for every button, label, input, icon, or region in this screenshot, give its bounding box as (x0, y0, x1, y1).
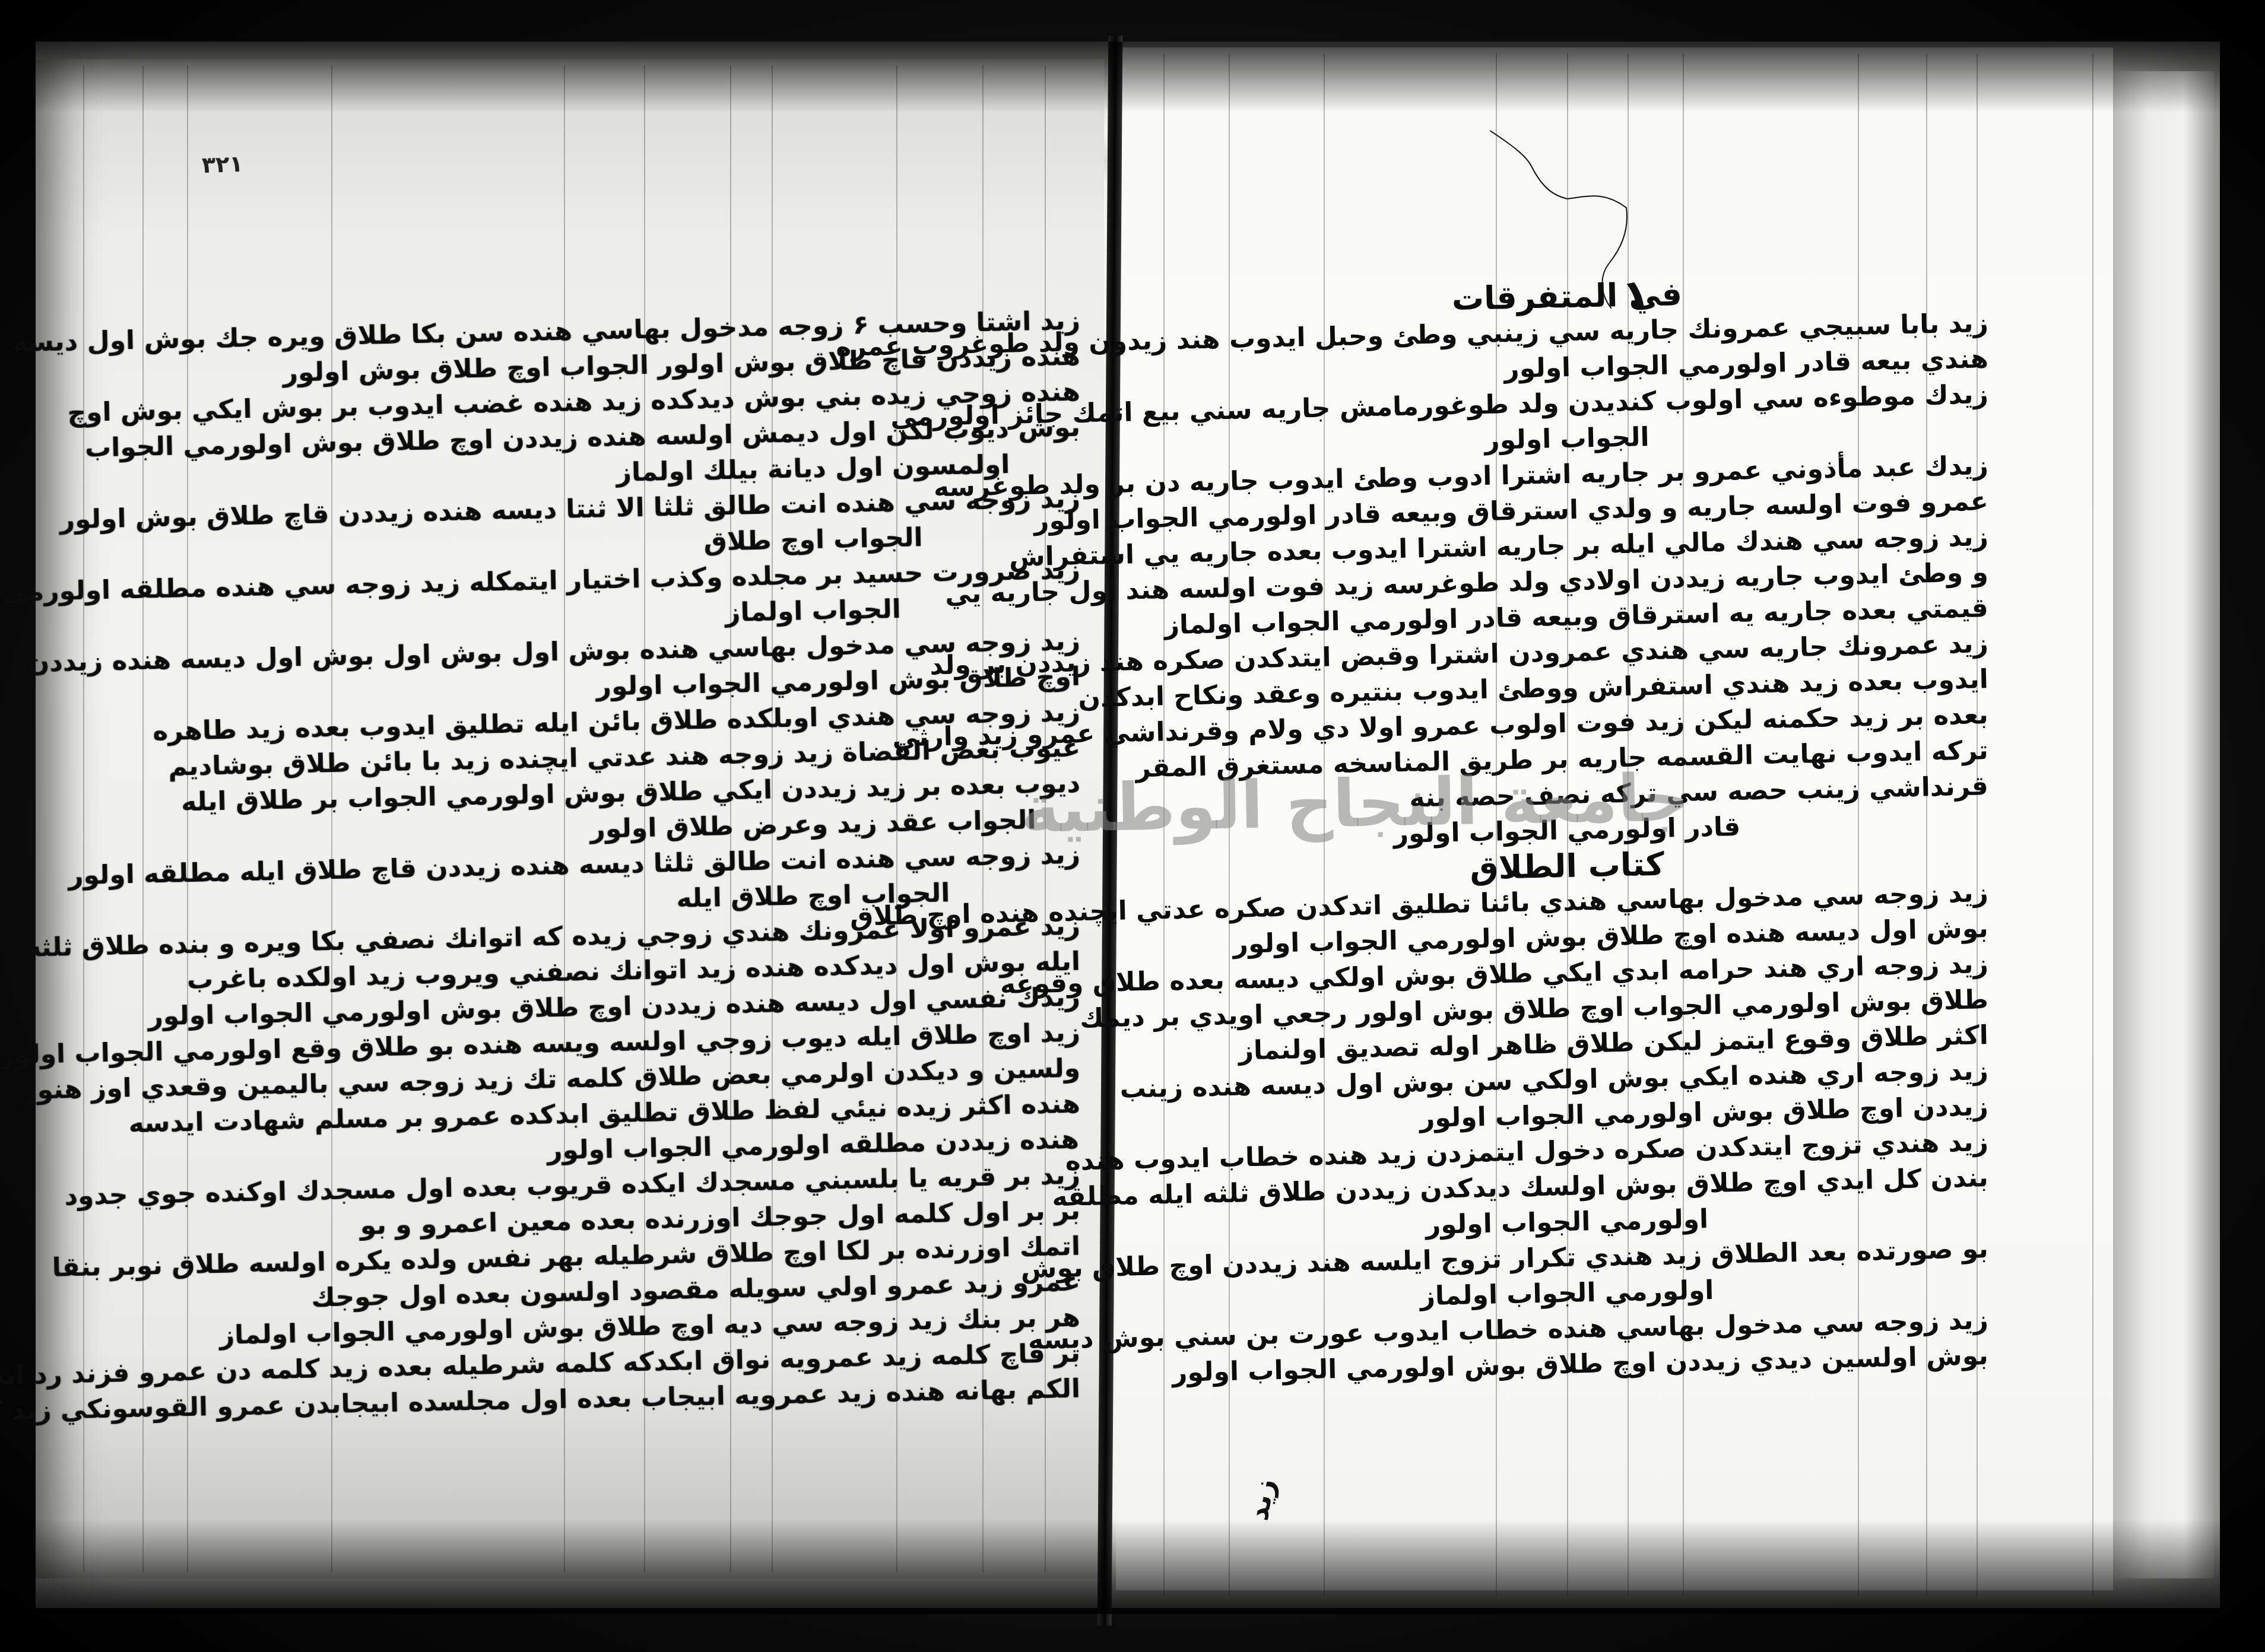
watermark: جامعة النجاح الوطنية (1020, 760, 1690, 847)
bottom-vignette (36, 1519, 2220, 1614)
ruled-line (142, 65, 144, 1572)
ruled-line (2092, 53, 2093, 1596)
ruled-line (83, 65, 84, 1572)
adjacent-page-edge (2113, 71, 2214, 1578)
stray-fiber-line (1454, 131, 1692, 309)
margin-mark: ٣٢١ (201, 151, 243, 178)
top-vignette (36, 42, 2220, 113)
